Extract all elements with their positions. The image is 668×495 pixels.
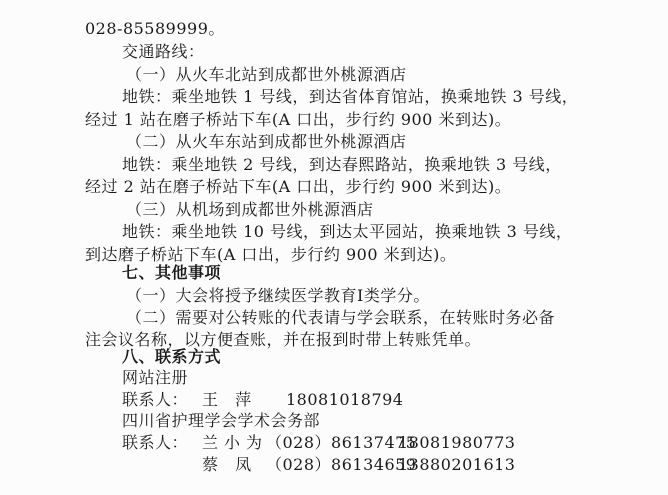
contact-name: 兰小为 [202, 432, 266, 454]
route-2-subway-line2: 经过 2 站在磨子桥站下车(A 口出，步行约 900 米到达)。 [85, 176, 511, 198]
organization-name: 四川省护理学会学术会务部 [122, 410, 320, 432]
hotel-phone-tail: 028-85589999。 [85, 18, 225, 40]
transport-heading: 交通路线： [122, 41, 205, 63]
route-3-title: （三）从机场到成都世外桃源酒店 [126, 199, 374, 221]
document-page: 028-85589999。 交通路线： （一）从火车北站到成都世外桃源酒店 地铁… [0, 0, 668, 495]
contact-name: 王 萍 [202, 389, 286, 411]
route-1-title: （一）从火车北站到成都世外桃源酒店 [126, 64, 407, 86]
contact-mobile: 18081018794 [286, 389, 403, 411]
contact-name: 蔡 凤 [202, 454, 266, 476]
contact-mobile: 13880201613 [398, 454, 515, 476]
section-7-item-2: （二）需要对公转账的代表请与学会联系，在转账时务必备 [126, 307, 555, 329]
website-registration-label: 网站注册 [122, 367, 188, 389]
contact-label: 联系人： [122, 432, 202, 454]
route-3-subway-line1: 地铁：乘坐地铁 10 号线，到达太平园站，换乘地铁 3 号线， [122, 221, 572, 243]
contact-mobile: 18081980773 [398, 432, 515, 454]
route-1-subway-line2: 经过 1 站在磨子桥站下车(A 口出，步行约 900 米到达)。 [85, 109, 511, 131]
route-2-subway-line1: 地铁：乘坐地铁 2 号线，到达春熙路站，换乘地铁 3 号线， [122, 154, 562, 176]
contact-label: 联系人： [122, 389, 202, 411]
contact-row: 蔡 凤 （028）86134659 13880201613 [122, 454, 515, 476]
section-8-heading: 八、联系方式 [122, 346, 221, 368]
contact-row-website: 联系人： 王 萍 18081018794 [122, 389, 403, 411]
section-7-heading: 七、其他事项 [122, 262, 221, 284]
route-2-title: （二）从火车东站到成都世外桃源酒店 [126, 131, 407, 153]
contact-row: 联系人： 兰小为 （028）86137475 18081980773 [122, 432, 515, 454]
section-7-item-1: （一）大会将授予继续医学教育Ⅰ类学分。 [126, 285, 430, 307]
route-1-subway-line1: 地铁：乘坐地铁 1 号线，到达省体育馆站，换乘地铁 3 号线， [122, 86, 578, 108]
contact-office-phone: （028）86134659 [266, 454, 378, 476]
contact-office-phone: （028）86137475 [266, 432, 378, 454]
